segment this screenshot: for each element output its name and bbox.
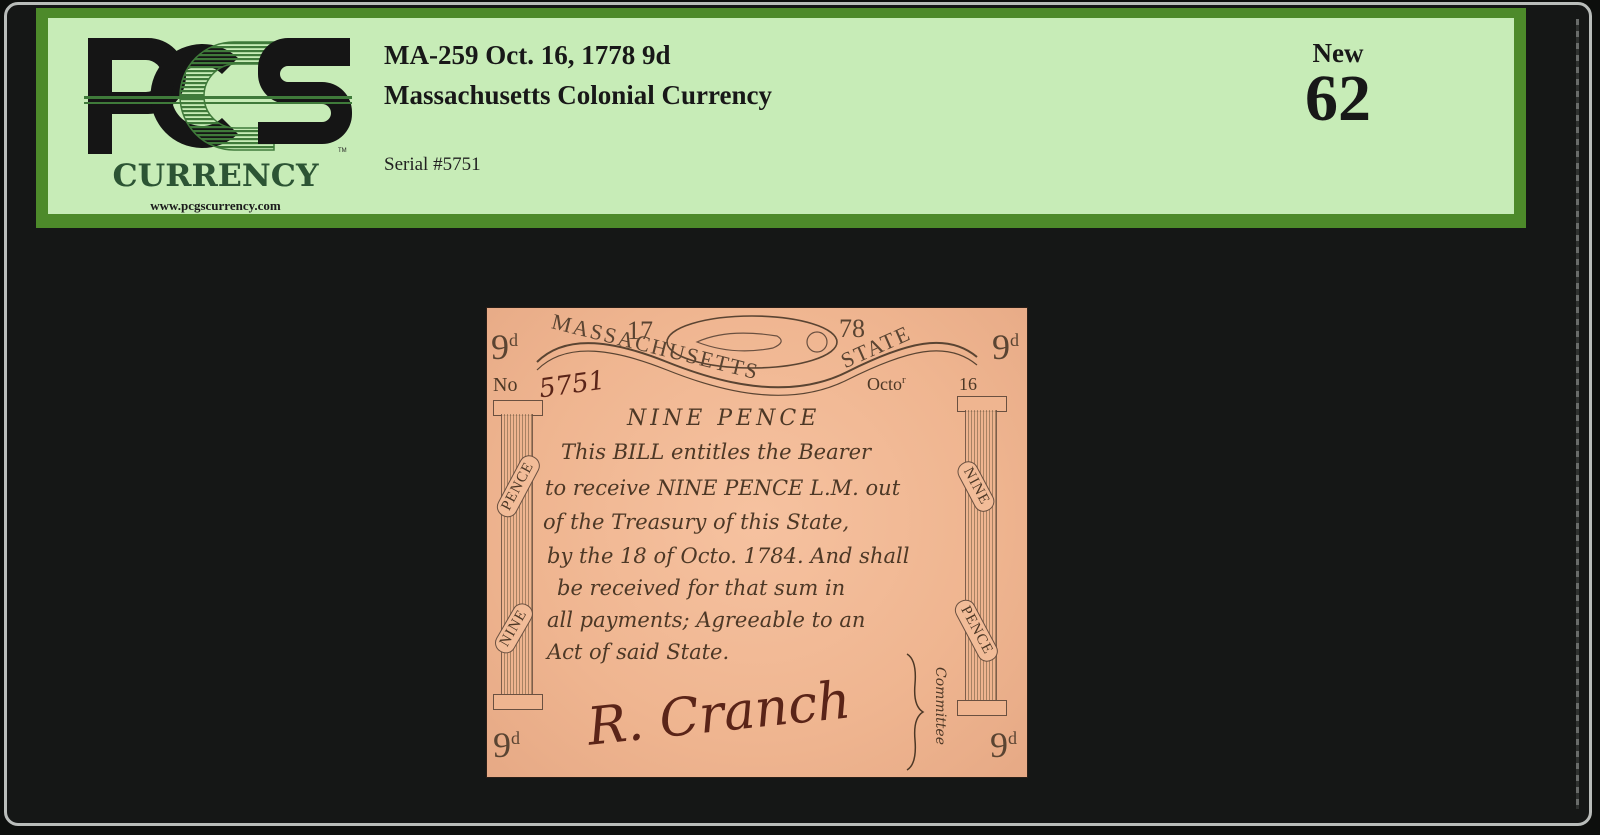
trademark-mark: TM: [338, 148, 347, 154]
right-pillar-base: [957, 700, 1007, 716]
body-line-4: by the 18 of Octo. 1784. And shall: [547, 544, 909, 568]
body-line-3: of the Treasury of this State,: [543, 510, 849, 534]
issue-day: 16: [959, 374, 977, 395]
banknote: 9d 9d 9d 9d 17 78 MASSACHUSETTS STATE No…: [487, 308, 1027, 777]
body-line-5: be received for that sum in: [557, 576, 845, 600]
grading-label: TM CURRENCY www.pcgscurrency.com MA-259 …: [36, 8, 1526, 228]
left-pillar-base: [493, 694, 543, 710]
number-prefix: No: [493, 374, 517, 397]
corner-value-top-right: 9d: [992, 326, 1019, 368]
logo-url: www.pcgscurrency.com: [78, 198, 353, 214]
pcgs-logo: TM CURRENCY www.pcgscurrency.com: [78, 30, 358, 200]
catalog-line: MA-259 Oct. 16, 1778 9d: [384, 40, 670, 71]
issue-month: Octor: [867, 374, 906, 395]
corner-value-bottom-left: 9d: [493, 724, 520, 766]
denomination-heading: NINE PENCE: [627, 406, 820, 431]
serial-number: Serial #5751: [384, 154, 481, 176]
logo-wordmark: CURRENCY: [75, 158, 356, 194]
body-line-7: Act of said State.: [547, 640, 729, 664]
grade-number: 62: [1288, 66, 1388, 132]
committee-brace-icon: [905, 652, 925, 772]
label-panel: TM CURRENCY www.pcgscurrency.com MA-259 …: [48, 18, 1514, 214]
corner-value-top-left: 9d: [491, 326, 518, 368]
holder-edge-rail: [1576, 19, 1579, 809]
note-description: Massachusetts Colonial Currency: [384, 80, 772, 111]
corner-value-bottom-right: 9d: [990, 724, 1017, 766]
body-line-1: This BILL entitles the Bearer: [561, 440, 871, 464]
body-line-6: all payments; Agreeable to an: [547, 608, 865, 632]
committee-label: Committee: [932, 667, 948, 745]
body-line-2: to receive NINE PENCE L.M. out: [545, 476, 900, 500]
pcgs-letters-icon: [78, 30, 358, 160]
signature: R. Cranch: [585, 670, 854, 757]
